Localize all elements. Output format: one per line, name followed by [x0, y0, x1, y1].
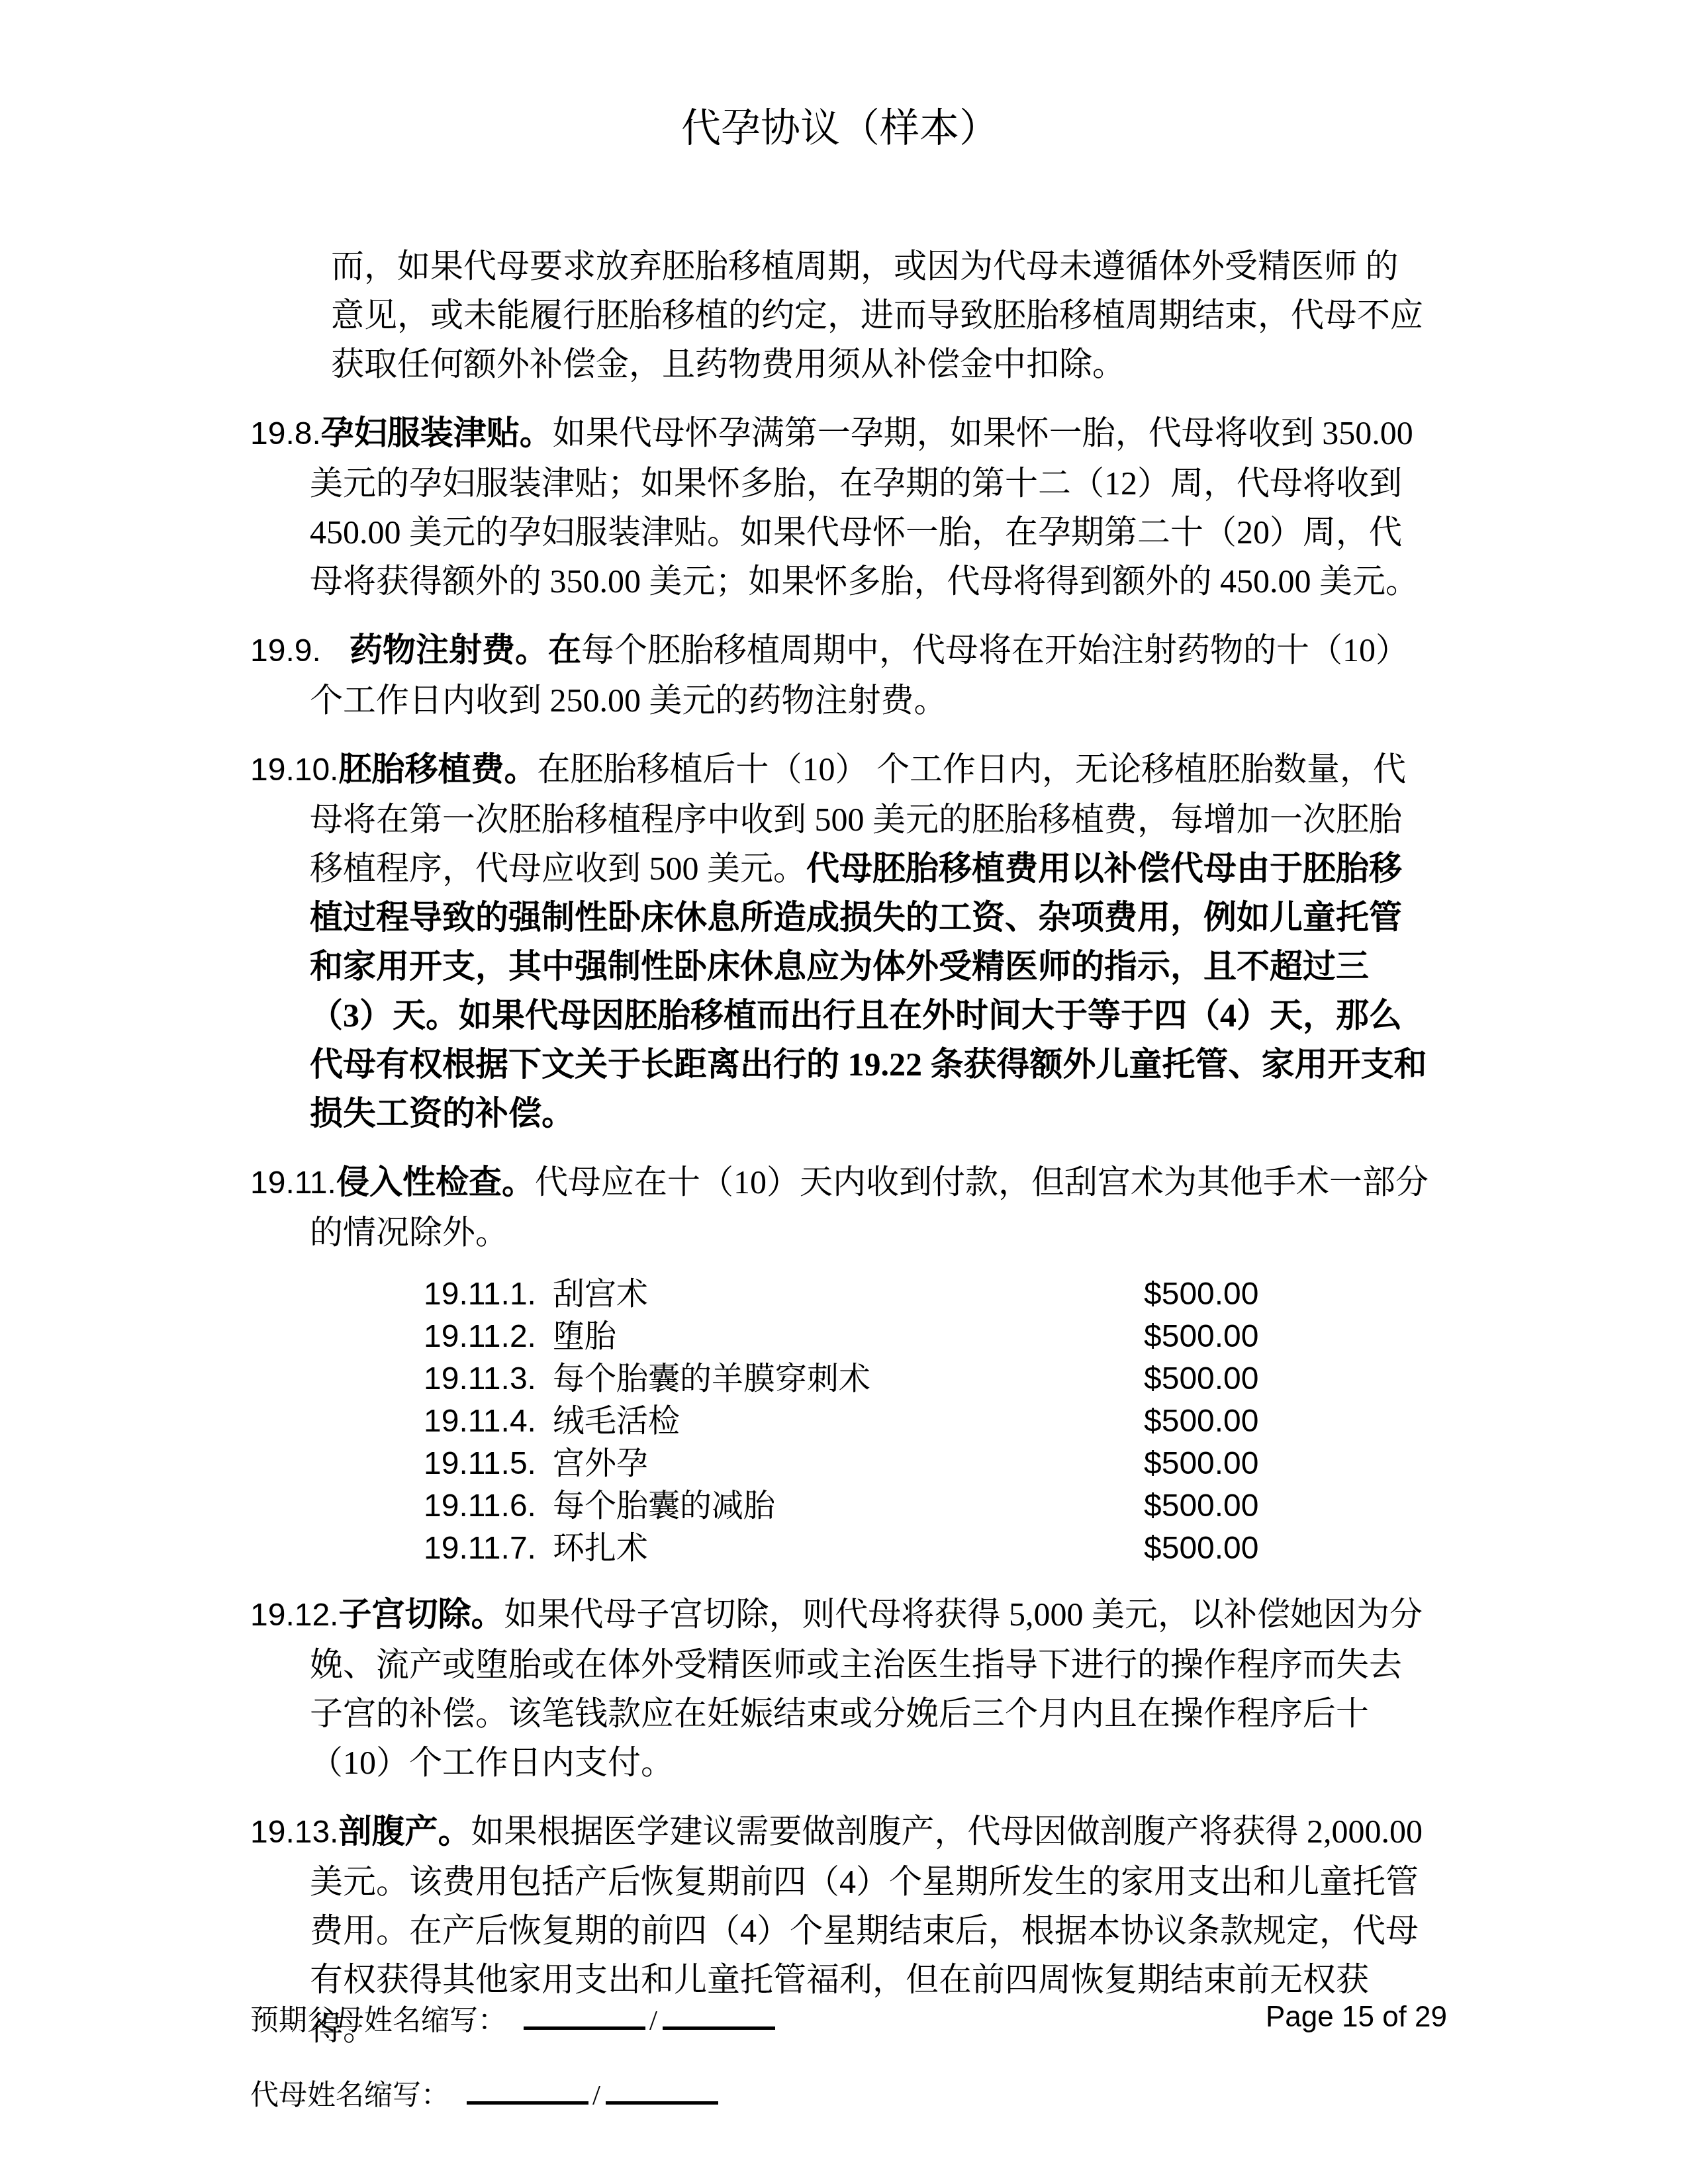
page-number: Page 15 of 29	[1266, 2000, 1447, 2034]
section-term: 剖腹产。	[338, 1813, 471, 1850]
section-19-12: 19.12.子宫切除。如果代母子宫切除，则代母将获得 5,000 美元，以补偿她…	[250, 1590, 1430, 1787]
fee-item-number: 19.11.1.	[424, 1273, 553, 1316]
section-bold-text: 代母胚胎移植费用以补偿代母由于胚胎移植过程导致的强制性卧床休息所造成损失的工资、…	[310, 850, 1427, 1132]
fee-item-label: 宫外孕	[553, 1443, 1144, 1485]
section-19-9: 19.9.药物注射费。在每个胚胎移植周期中，代母将在开始注射药物的十（10）个工…	[250, 625, 1430, 725]
section-number: 19.12.	[250, 1591, 338, 1640]
fee-item-amount: $500.00	[1144, 1273, 1430, 1316]
fee-item-number: 19.11.4.	[424, 1400, 553, 1443]
section-number: 19.9.	[250, 627, 350, 676]
intro-paragraph: 而，如果代母要求放弃胚胎移植周期，或因为代母未遵循体外受精医师 的意见，或未能履…	[331, 242, 1430, 388]
section-number: 19.8.	[250, 410, 321, 459]
fee-item-amount: $500.00	[1144, 1316, 1430, 1358]
fee-item-amount: $500.00	[1144, 1400, 1430, 1443]
section-term: 胚胎移植费。	[338, 751, 537, 788]
document-page: 代孕协议（样本） 而，如果代母要求放弃胚胎移植周期，或因为代母未遵循体外受精医师…	[0, 0, 1688, 2184]
initials-blank-field[interactable]	[663, 2000, 775, 2030]
fee-item-amount: $500.00	[1144, 1527, 1430, 1570]
fee-row: 19.11.6.每个胎囊的减胎$500.00	[424, 1485, 1430, 1527]
initials-blank-field[interactable]	[467, 2075, 588, 2105]
document-title: 代孕协议（样本）	[250, 105, 1430, 152]
fee-schedule: 19.11.1.刮宫术$500.00 19.11.2.堕胎$500.00 19.…	[424, 1273, 1430, 1570]
initials-block: 预期父母姓名缩写：/ 代母姓名缩写：/	[250, 2000, 775, 2113]
fee-item-label: 每个胎囊的减胎	[553, 1485, 1144, 1527]
page-footer: 预期父母姓名缩写：/ 代母姓名缩写：/ Page 15 of 29	[250, 2000, 1447, 2113]
surrogate-initials-label: 代母姓名缩写：	[250, 2080, 449, 2111]
section-term: 子宫切除。	[338, 1596, 504, 1633]
surrogate-initials-line: 代母姓名缩写：/	[250, 2075, 775, 2113]
section-term: 药物注射费。在	[350, 631, 581, 668]
fee-row: 19.11.3.每个胎囊的羊膜穿刺术$500.00	[424, 1358, 1430, 1400]
fee-item-number: 19.11.5.	[424, 1443, 553, 1485]
section-term: 侵入性检查。	[336, 1163, 535, 1201]
fee-row: 19.11.7.环扎术$500.00	[424, 1527, 1430, 1570]
initials-slash: /	[592, 2080, 600, 2111]
fee-item-amount: $500.00	[1144, 1358, 1430, 1400]
fee-item-number: 19.11.6.	[424, 1485, 553, 1527]
fee-item-amount: $500.00	[1144, 1485, 1430, 1527]
initials-slash: /	[649, 2005, 657, 2036]
fee-row: 19.11.2.堕胎$500.00	[424, 1316, 1430, 1358]
fee-row: 19.11.1.刮宫术$500.00	[424, 1273, 1430, 1316]
fee-item-number: 19.11.2.	[424, 1316, 553, 1358]
section-19-11: 19.11.侵入性检查。代母应在十（10）天内收到付款，但刮宫术为其他手术一部分…	[250, 1158, 1430, 1257]
section-number: 19.13.	[250, 1808, 338, 1857]
section-term: 孕妇服装津贴。	[321, 414, 553, 451]
fee-item-number: 19.11.3.	[424, 1358, 553, 1400]
section-number: 19.11.	[250, 1159, 336, 1208]
section-number: 19.10.	[250, 746, 338, 795]
fee-row: 19.11.5.宫外孕$500.00	[424, 1443, 1430, 1485]
fee-item-label: 每个胎囊的羊膜穿刺术	[553, 1358, 1144, 1400]
initials-blank-field[interactable]	[606, 2075, 718, 2105]
intended-parents-initials-line: 预期父母姓名缩写：/	[250, 2000, 775, 2038]
initials-blank-field[interactable]	[524, 2000, 645, 2030]
fee-item-label: 刮宫术	[553, 1273, 1144, 1316]
section-19-10: 19.10.胚胎移植费。在胚胎移植后十（10） 个工作日内，无论移植胚胎数量，代…	[250, 745, 1430, 1138]
fee-item-label: 环扎术	[553, 1527, 1144, 1570]
fee-item-label: 堕胎	[553, 1316, 1144, 1358]
intended-parents-initials-label: 预期父母姓名缩写：	[250, 2005, 506, 2036]
section-19-8: 19.8.孕妇服装津贴。如果代母怀孕满第一孕期，如果怀一胎，代母将收到 350.…	[250, 408, 1430, 606]
fee-item-label: 绒毛活检	[553, 1400, 1144, 1443]
fee-item-amount: $500.00	[1144, 1443, 1430, 1485]
fee-item-number: 19.11.7.	[424, 1527, 553, 1570]
fee-row: 19.11.4.绒毛活检$500.00	[424, 1400, 1430, 1443]
